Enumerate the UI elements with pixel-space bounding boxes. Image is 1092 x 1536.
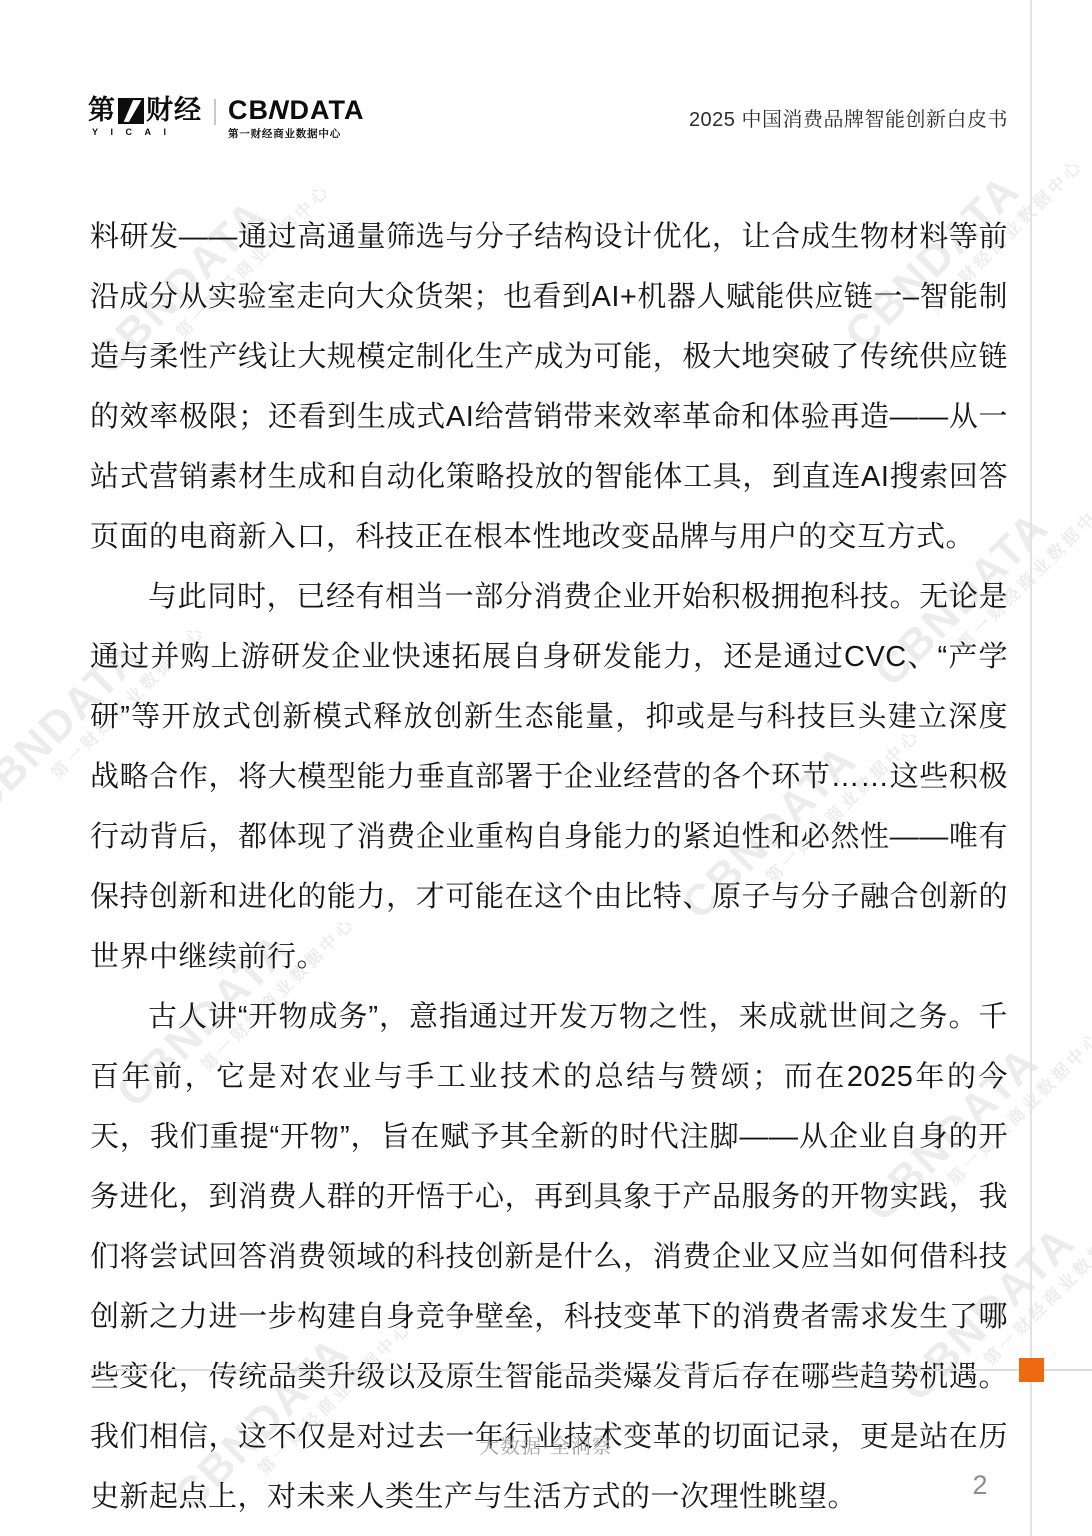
yicai-logo: 第 财经 YICAI [88, 97, 202, 137]
accent-square [1019, 1358, 1044, 1382]
vertical-rule [1030, 0, 1032, 1536]
document-title: 2025 中国消费品牌智能创新白皮书 [689, 103, 1008, 132]
logo-lockup: 第 财经 YICAI CBNDATA 第一财经商业数据中心 [88, 97, 364, 140]
cbndata-wordmark-data: DATA [290, 95, 365, 125]
cbndata-subtitle: 第一财经商业数据中心 [228, 129, 364, 140]
paragraph-1: 料研发——通过高通量筛选与分子结构设计优化，让合成生物材料等前沿成分从实验室走向… [90, 207, 1008, 567]
page-number: 2 [952, 1470, 1008, 1501]
yicai-latin-label: YICAI [88, 128, 202, 137]
logo-divider [214, 99, 216, 125]
paragraph-2: 与此同时，已经有相当一部分消费企业开始积极拥抱科技。无论是通过并购上游研发企业快… [90, 567, 1008, 987]
footer-tagline: 大数据·全洞察 [0, 1430, 1092, 1459]
yicai-zh-left: 第 [88, 97, 116, 124]
cbndata-wordmark-cb: CB [228, 95, 269, 125]
body-text: 料研发——通过高通量筛选与分子结构设计优化，让合成生物材料等前沿成分从实验室走向… [90, 207, 1008, 1527]
cbndata-wordmark: CBNDATA [228, 97, 364, 124]
footer-divider [90, 1369, 1092, 1371]
yicai-logo-zh: 第 财经 [88, 97, 202, 124]
yicai-zh-right: 财经 [146, 97, 202, 124]
yicai-one-icon [118, 98, 144, 124]
document-page: CBNDATA 第一财经商业数据中心 CBNDATA 第一财经商业数据中心 CB… [0, 0, 1092, 1536]
cbndata-logo: CBNDATA 第一财经商业数据中心 [228, 97, 364, 140]
